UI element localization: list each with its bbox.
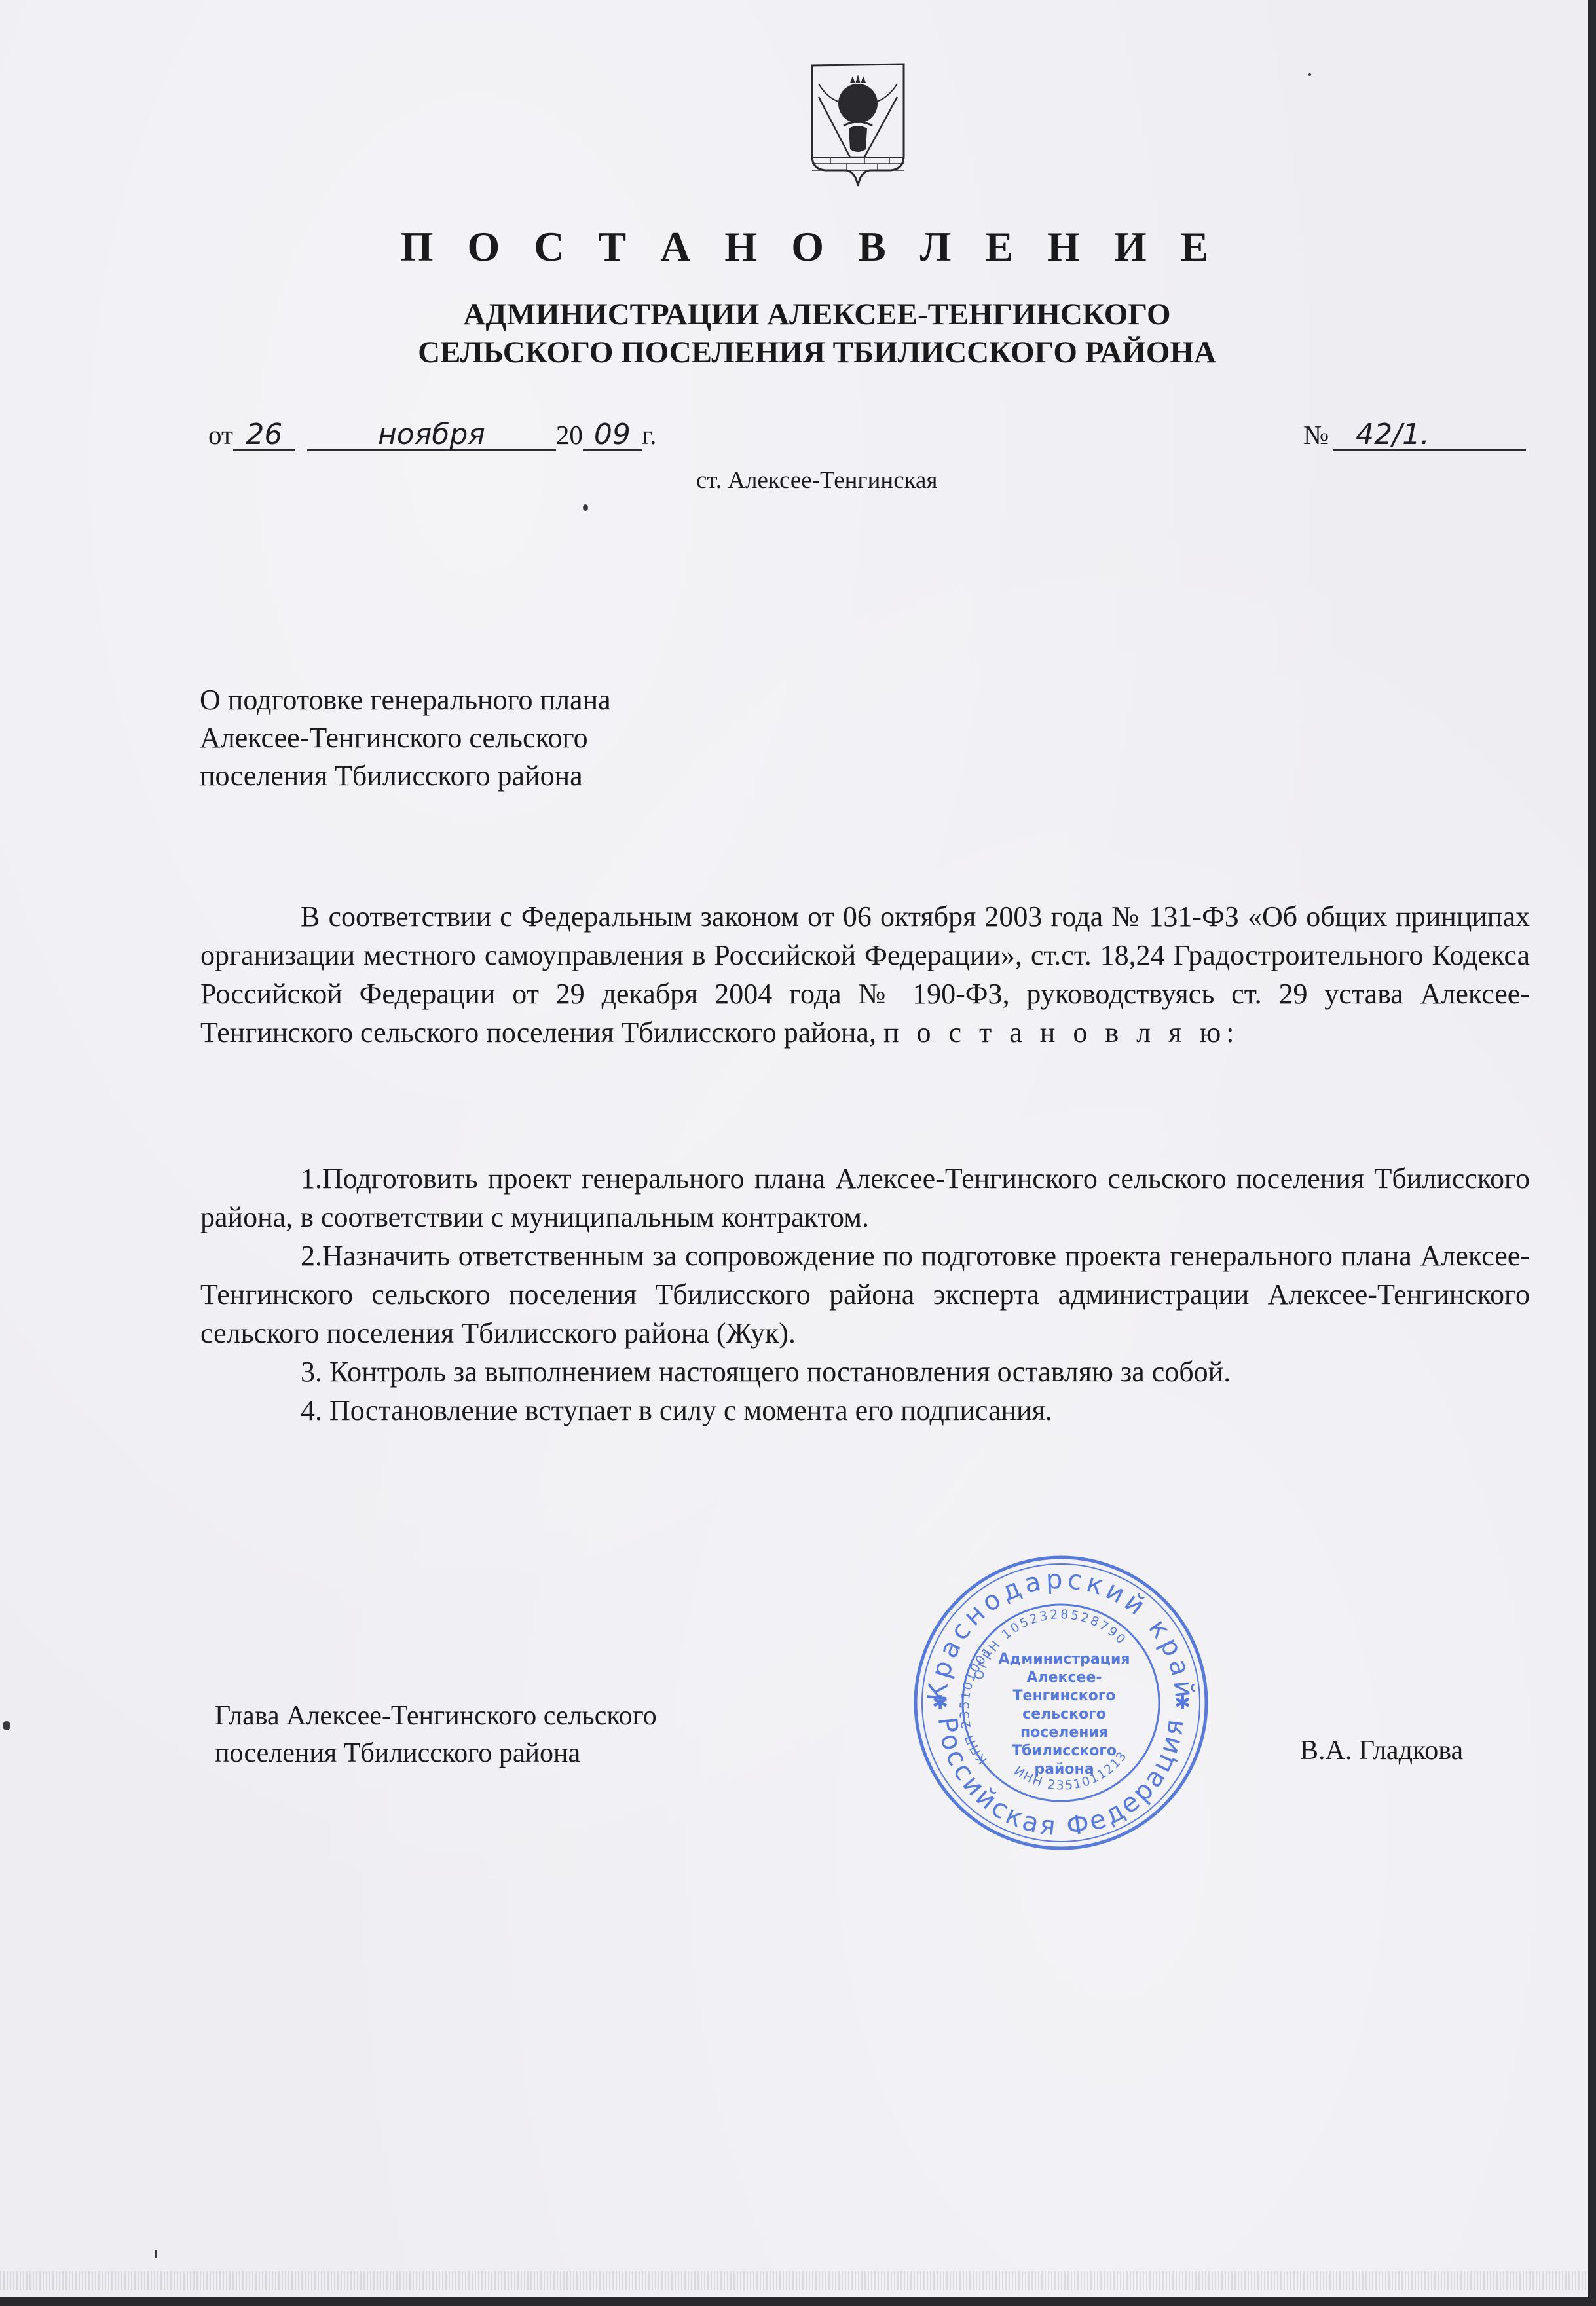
item-3: 3. Контроль за выполнением настоящего по… — [200, 1352, 1530, 1391]
subject-line: О подготовке генерального плана — [200, 681, 611, 719]
number-prefix: № — [1303, 420, 1329, 450]
date-year-field: 09 — [583, 420, 642, 451]
items-block: 1.Подготовить проект генерального плана … — [200, 1159, 1530, 1430]
date-line: от26ноября2009г. — [208, 419, 656, 451]
stamp-center-line: Тбилисского — [1012, 1743, 1117, 1759]
subject-block: О подготовке генерального плана Алексее-… — [200, 681, 611, 795]
stamp-center-line: Алексее- — [1026, 1669, 1102, 1686]
scanner-streak — [0, 2271, 1588, 2290]
preamble-text: В соответствии с Федеральным законом от … — [200, 901, 1530, 1049]
stamp-center-line: сельского — [1022, 1706, 1106, 1722]
scan-speck — [1308, 73, 1311, 76]
scan-border-right — [1588, 0, 1596, 2306]
document-title: П О С Т А Н О В Л Е Н И Е — [16, 223, 1596, 271]
stamp-center-line: Администрация — [998, 1651, 1130, 1667]
scan-speck — [3, 1721, 10, 1730]
item-1: 1.Подготовить проект генерального плана … — [200, 1159, 1530, 1237]
date-month-field: ноября — [307, 420, 556, 451]
document-page: П О С Т А Н О В Л Е Н И Е АДМИНИСТРАЦИИ … — [0, 0, 1588, 2297]
stamp-center-line: поселения — [1020, 1724, 1108, 1741]
item-2: 2.Назначить ответственным за сопровожден… — [200, 1237, 1530, 1352]
place-of-issue: ст. Алексее-Тенгинская — [696, 466, 937, 494]
date-prefix: от — [208, 420, 233, 450]
stamp-center-line: Тенгинского — [1013, 1688, 1116, 1704]
subject-line: Алексее-Тенгинского сельского — [200, 719, 611, 757]
stamp-star-right-icon: ✱ — [1174, 1692, 1191, 1715]
date-year-label: г. — [642, 420, 656, 450]
stamp-center-line: района — [1034, 1761, 1094, 1777]
document-number-field: 42/1. — [1333, 420, 1526, 451]
scan-speck — [155, 2250, 157, 2258]
preamble-block: В соответствии с Федеральным законом от … — [200, 897, 1530, 1052]
preamble-paragraph: В соответствии с Федеральным законом от … — [200, 897, 1530, 1052]
document-number-line: №42/1. — [1303, 419, 1526, 451]
issuer-line-1: АДМИНИСТРАЦИИ АЛЕКСЕЕ-ТЕНГИНСКОГО — [23, 296, 1596, 333]
date-day-field: 26 — [233, 420, 295, 451]
signatory-position-line: поселения Тбилисского района — [215, 1735, 657, 1772]
issuer-line-2: СЕЛЬСКОГО ПОСЕЛЕНИЯ ТБИЛИССКОГО РАЙОНА — [23, 334, 1596, 371]
item-4: 4. Постановление вступает в силу с момен… — [200, 1391, 1530, 1430]
coat-of-arms-icon — [804, 58, 912, 189]
official-seal-stamp: Краснодарский край Российская Федерация … — [907, 1549, 1215, 1857]
signatory-position-line: Глава Алексее-Тенгинского сельского — [215, 1698, 657, 1735]
signatory-position: Глава Алексее-Тенгинского сельского посе… — [215, 1698, 657, 1772]
scan-speck — [583, 504, 588, 511]
date-year-prefix: 20 — [556, 420, 583, 450]
signatory-name: В.А. Гладкова — [1300, 1735, 1463, 1766]
stamp-star-left-icon: ✱ — [932, 1692, 948, 1715]
resolve-word: п о с т а н о в л я ю: — [883, 1016, 1239, 1049]
subject-line: поселения Тбилисского района — [200, 757, 611, 795]
scan-border-bottom — [0, 2297, 1596, 2306]
